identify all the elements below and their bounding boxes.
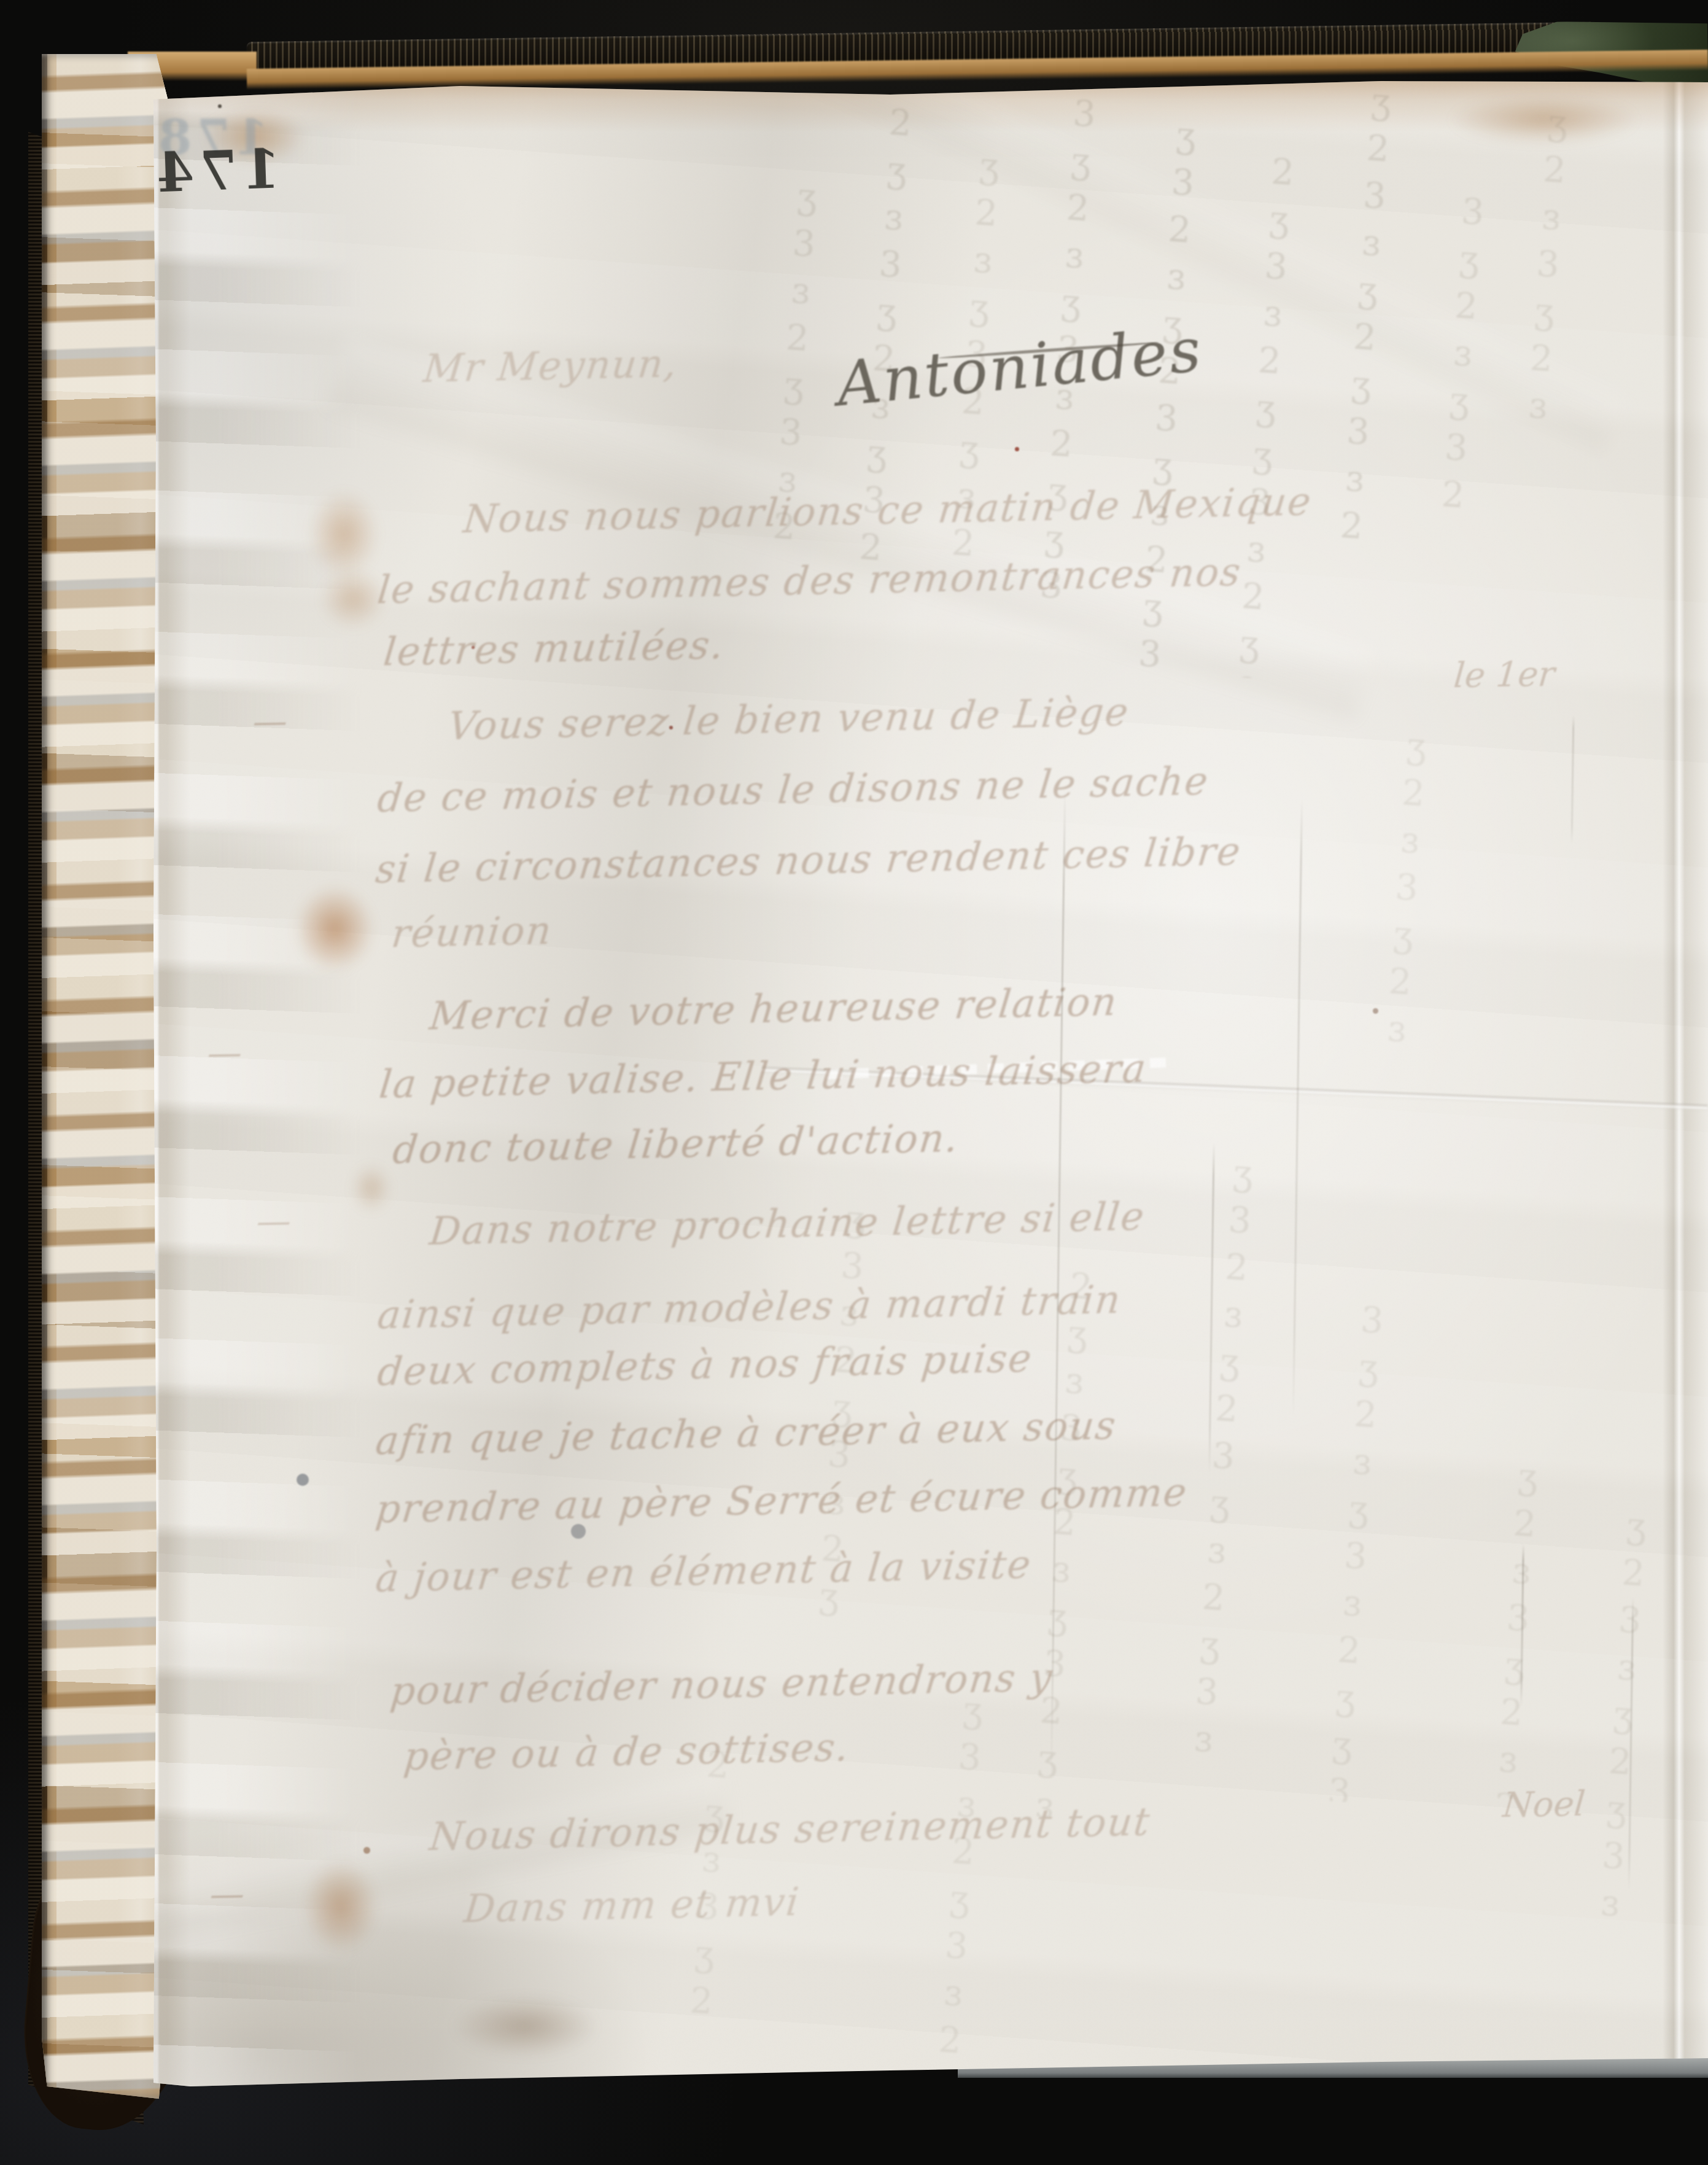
letter-fragment: — — [209, 1877, 246, 1912]
letter-fragment: — — [255, 1204, 293, 1239]
dust-speck — [571, 1524, 586, 1539]
dust-speck — [218, 104, 222, 108]
dust-speck — [363, 1847, 370, 1854]
letter-line: père ou à de sottises. — [402, 1728, 852, 1776]
copybook-photograph: ʒ3ɜ2ʒ3ɜ2ʒ32ʒɜ3ʒ2ɜʒ32ʒɜʒ2ɜʒ32ʒɜ2ʒ33ʒ2ɜʒ3ɜ… — [0, 0, 1708, 2165]
letter-fragment: le 1er — [1453, 658, 1556, 694]
letter-line: lettres mutilées. — [382, 626, 726, 672]
letter-fragment: — — [252, 704, 289, 739]
dust-speck — [1373, 1008, 1378, 1014]
dust-speck — [297, 1474, 309, 1486]
dust-speck — [472, 646, 475, 649]
dust-speck — [669, 726, 673, 729]
dust-speck — [1015, 447, 1019, 451]
letter-fragment: — — [206, 1036, 244, 1071]
letter-line: Dans mm et mvi — [462, 1883, 802, 1929]
page-number-stamp-group: 178 174 — [151, 114, 311, 225]
page-number-stamp: 174 — [150, 141, 282, 200]
letter-line: donc toute liberté d'action. — [391, 1119, 961, 1169]
letter-line: réunion — [390, 911, 554, 954]
letter-line: Mr Meynun, — [422, 344, 680, 389]
letter-fragment: Noel — [1502, 1787, 1587, 1823]
stained-page-edge-stack — [42, 54, 172, 2099]
